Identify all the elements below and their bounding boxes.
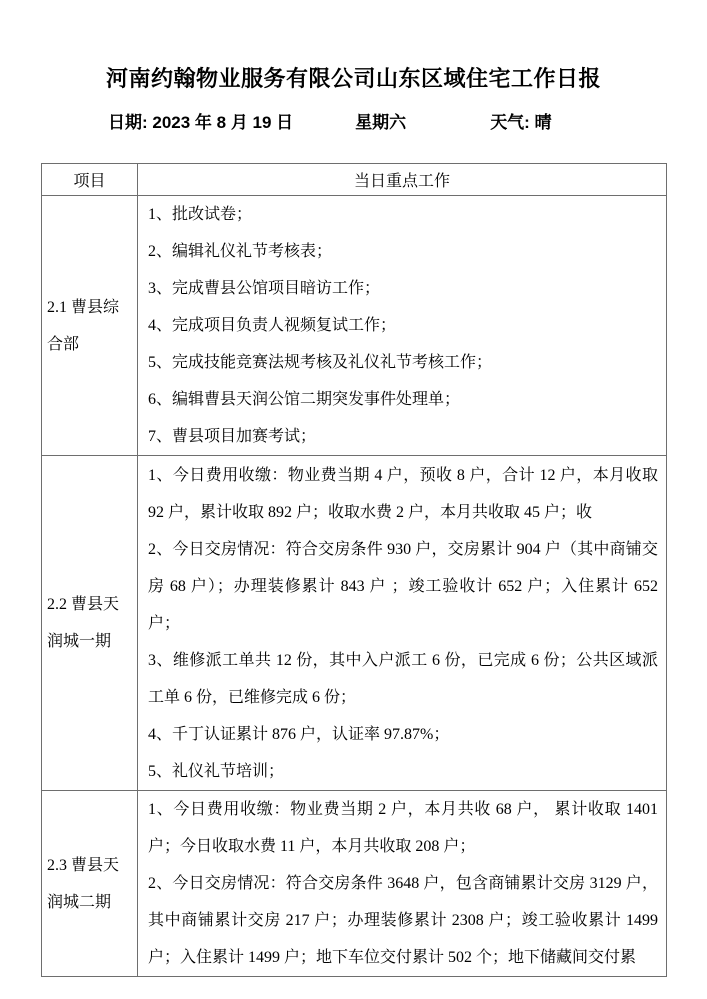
page-title: 河南约翰物业服务有限公司山东区域住宅工作日报: [0, 0, 707, 94]
column-header-project: 项目: [42, 164, 138, 196]
work-item: 2、编辑礼仪礼节考核表；: [148, 233, 658, 270]
work-item: 4、完成项目负责人视频复试工作；: [148, 307, 658, 344]
row-label: 2.3 曹县天润城二期: [42, 791, 138, 977]
work-item: 6、编辑曹县天润公馆二期突发事件处理单；: [148, 381, 658, 418]
row-content: 1、今日费用收缴：物业费当期 2 户，本月共收 68 户， 累计收取 1401 …: [138, 791, 667, 977]
work-item: 3、完成曹县公馆项目暗访工作；: [148, 270, 658, 307]
work-item: 4、千丁认证累计 876 户，认证率 97.87%；: [148, 716, 658, 753]
row-content: 1、今日费用收缴：物业费当期 4 户，预收 8 户，合计 12 户，本月收取 9…: [138, 456, 667, 791]
work-item: 2、今日交房情况：符合交房条件 930 户，交房累计 904 户（其中商铺交房 …: [148, 531, 658, 642]
work-item: 5、完成技能竞赛法规考核及礼仪礼节考核工作；: [148, 344, 658, 381]
table-header-row: 项目 当日重点工作: [42, 164, 667, 196]
table-row-caoxian-zonghebu: 2.1 曹县综合部 1、批改试卷； 2、编辑礼仪礼节考核表； 3、完成曹县公馆项…: [42, 196, 667, 456]
work-item: 7、曹县项目加赛考试；: [148, 418, 658, 455]
work-item: 3、维修派工单共 12 份，其中入户派工 6 份，已完成 6 份；公共区域派工单…: [148, 642, 658, 716]
row-label: 2.2 曹县天润城一期: [42, 456, 138, 791]
work-item: 2、今日交房情况：符合交房条件 3648 户，包含商铺累计交房 3129 户，其…: [148, 865, 658, 976]
work-item: 1、今日费用收缴：物业费当期 4 户，预收 8 户，合计 12 户，本月收取 9…: [148, 457, 658, 531]
table-row-tianrun-phase2: 2.3 曹县天润城二期 1、今日费用收缴：物业费当期 2 户，本月共收 68 户…: [42, 791, 667, 977]
weekday-field: 星期六: [355, 113, 406, 132]
row-content: 1、批改试卷； 2、编辑礼仪礼节考核表； 3、完成曹县公馆项目暗访工作； 4、完…: [138, 196, 667, 456]
date-line: 日期: 2023 年 8 月 19 日星期六天气: 晴: [0, 110, 707, 136]
date-field: 日期: 2023 年 8 月 19 日: [108, 113, 293, 132]
work-item: 1、批改试卷；: [148, 196, 658, 233]
column-header-work: 当日重点工作: [138, 164, 667, 196]
work-item: 1、今日费用收缴：物业费当期 2 户，本月共收 68 户， 累计收取 1401 …: [148, 791, 658, 865]
report-table: 项目 当日重点工作 2.1 曹县综合部 1、批改试卷； 2、编辑礼仪礼节考核表；…: [41, 163, 667, 977]
table-row-tianrun-phase1: 2.2 曹县天润城一期 1、今日费用收缴：物业费当期 4 户，预收 8 户，合计…: [42, 456, 667, 791]
row-label: 2.1 曹县综合部: [42, 196, 138, 456]
daily-report-page: 河南约翰物业服务有限公司山东区域住宅工作日报 日期: 2023 年 8 月 19…: [0, 0, 707, 999]
work-item: 5、礼仪礼节培训；: [148, 753, 658, 790]
weather-field: 天气: 晴: [490, 113, 551, 132]
